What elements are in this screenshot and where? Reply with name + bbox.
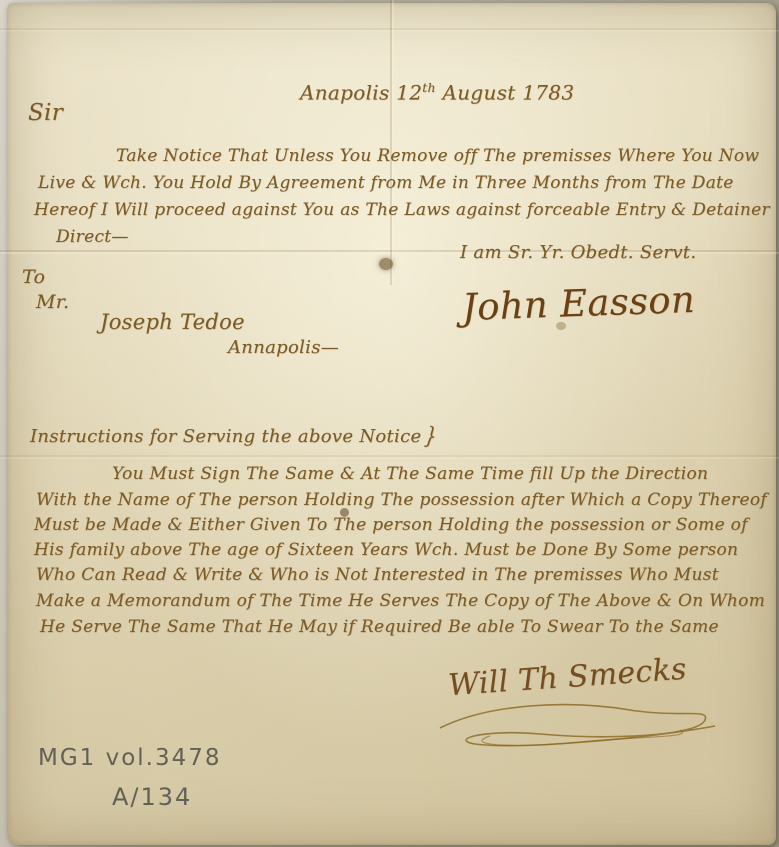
- instruction-line: He Serve The Same That He May if Require…: [40, 617, 719, 637]
- heading-brace-mark: }: [424, 422, 439, 451]
- instruction-line: You Must Sign The Same & At The Same Tim…: [112, 464, 708, 484]
- instruction-line: Who Can Read & Write & Who is Not Intere…: [36, 565, 719, 585]
- notice-line: Live & Wch. You Hold By Agreement from M…: [38, 173, 734, 193]
- dateline-ordinal: th: [422, 80, 436, 95]
- instructions-heading: Instructions for Serving the above Notic…: [30, 426, 437, 447]
- instruction-line: Must be Made & Either Given To The perso…: [34, 515, 748, 535]
- instruction-line: Make a Memorandum of The Time He Serves …: [36, 591, 765, 611]
- dateline: Anapolis 12th August 1783: [300, 80, 574, 105]
- address-place: Annapolis—: [228, 337, 339, 358]
- notice-line: Take Notice That Unless You Remove off T…: [116, 146, 759, 166]
- archival-mark-number: A/134: [112, 783, 192, 811]
- salutation: Sir: [28, 100, 63, 126]
- address-honorific: Mr.: [36, 291, 69, 313]
- dateline-place-day: Anapolis 12: [300, 81, 422, 105]
- address-name: Joseph Tedoe: [100, 310, 245, 334]
- instruction-line: His family above The age of Sixteen Year…: [34, 540, 738, 560]
- scanned-letter: Anapolis 12th August 1783 Sir Take Notic…: [0, 0, 779, 847]
- instruction-line: With the Name of The person Holding The …: [36, 490, 767, 510]
- archival-mark-volume: MG1 vol.3478: [38, 745, 222, 771]
- dateline-month-year: August 1783: [436, 81, 575, 105]
- closing: I am Sr. Yr. Obedt. Servt.: [460, 242, 696, 263]
- address-to: To: [22, 266, 45, 288]
- notice-line: Hereof I Will proceed against You as The…: [34, 200, 770, 220]
- instructions-heading-text: Instructions for Serving the above Notic…: [30, 426, 421, 447]
- author-signature: John Easson: [461, 278, 695, 329]
- signature-flourish: [430, 698, 720, 748]
- notice-line: Direct—: [56, 227, 129, 247]
